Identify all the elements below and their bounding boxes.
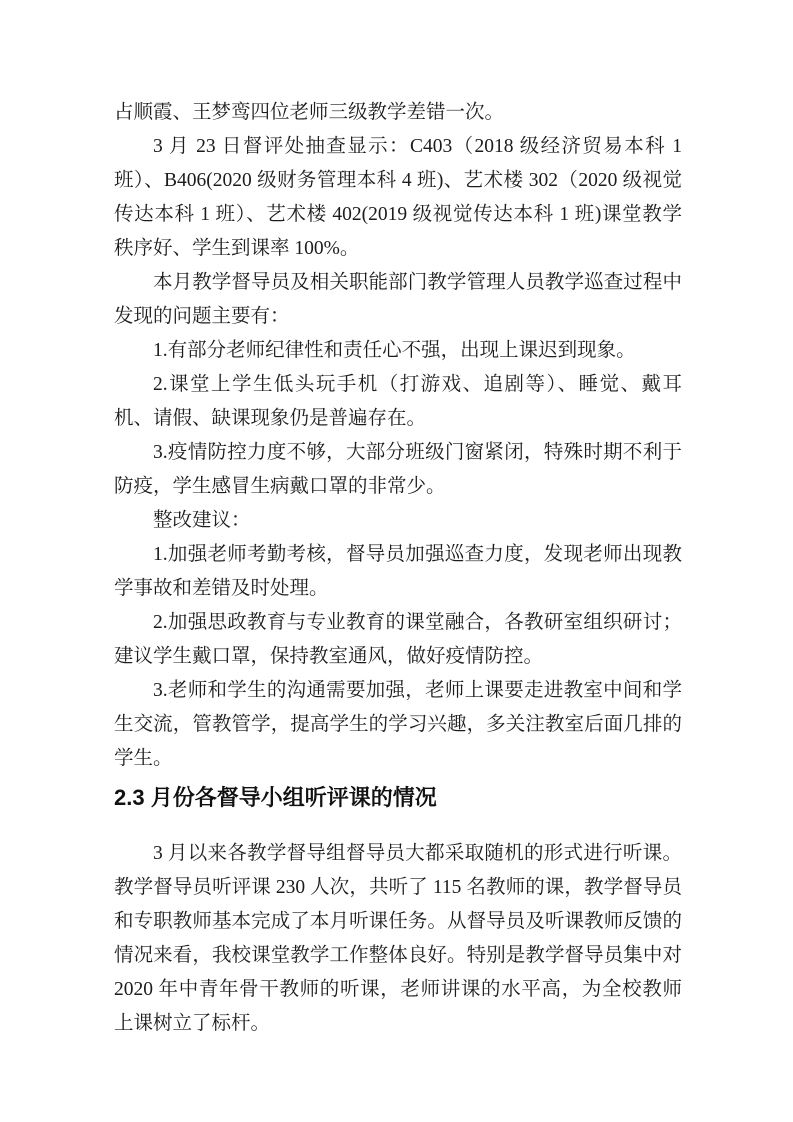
paragraph-problem-1: 1.有部分老师纪律性和责任心不强，出现上课迟到现象。	[114, 334, 682, 368]
document-page: 占顺霞、王梦鸾四位老师三级教学差错一次。 3 月 23 日督评处抽查显示：C40…	[0, 0, 793, 1122]
paragraph-problem-3: 3.疫情防控力度不够，大部分班级门窗紧闭，特殊时期不利于防疫，学生感冒生病戴口罩…	[114, 436, 682, 504]
paragraph-suggestion-2: 2.加强思政教育与专业教育的课堂融合，各教研室组织研讨；建议学生戴口罩，保持教室…	[114, 606, 682, 674]
paragraph-suggestions-intro: 整改建议：	[114, 504, 682, 538]
document-content: 占顺霞、王梦鸾四位老师三级教学差错一次。 3 月 23 日督评处抽查显示：C40…	[114, 96, 682, 1041]
paragraph-continuation: 占顺霞、王梦鸾四位老师三级教学差错一次。	[114, 96, 682, 130]
paragraph-suggestion-3: 3.老师和学生的沟通需要加强，老师上课要走进教室中间和学生交流，管教管学，提高学…	[114, 674, 682, 776]
paragraph-spot-check: 3 月 23 日督评处抽查显示：C403（2018 级经济贸易本科 1 班）、B…	[114, 130, 682, 266]
section-heading-2-3: 2.3 月份各督导小组听评课的情况	[114, 781, 682, 815]
paragraph-problem-2: 2.课堂上学生低头玩手机（打游戏、追剧等）、睡觉、戴耳机、请假、缺课现象仍是普遍…	[114, 368, 682, 436]
paragraph-suggestion-1: 1.加强老师考勤考核，督导员加强巡查力度，发现老师出现教学事故和差错及时处理。	[114, 538, 682, 606]
paragraph-listening-report: 3 月以来各教学督导组督导员大都采取随机的形式进行听课。教学督导员听评课 230…	[114, 837, 682, 1041]
paragraph-problems-intro: 本月教学督导员及相关职能部门教学管理人员教学巡查过程中发现的问题主要有：	[114, 266, 682, 334]
